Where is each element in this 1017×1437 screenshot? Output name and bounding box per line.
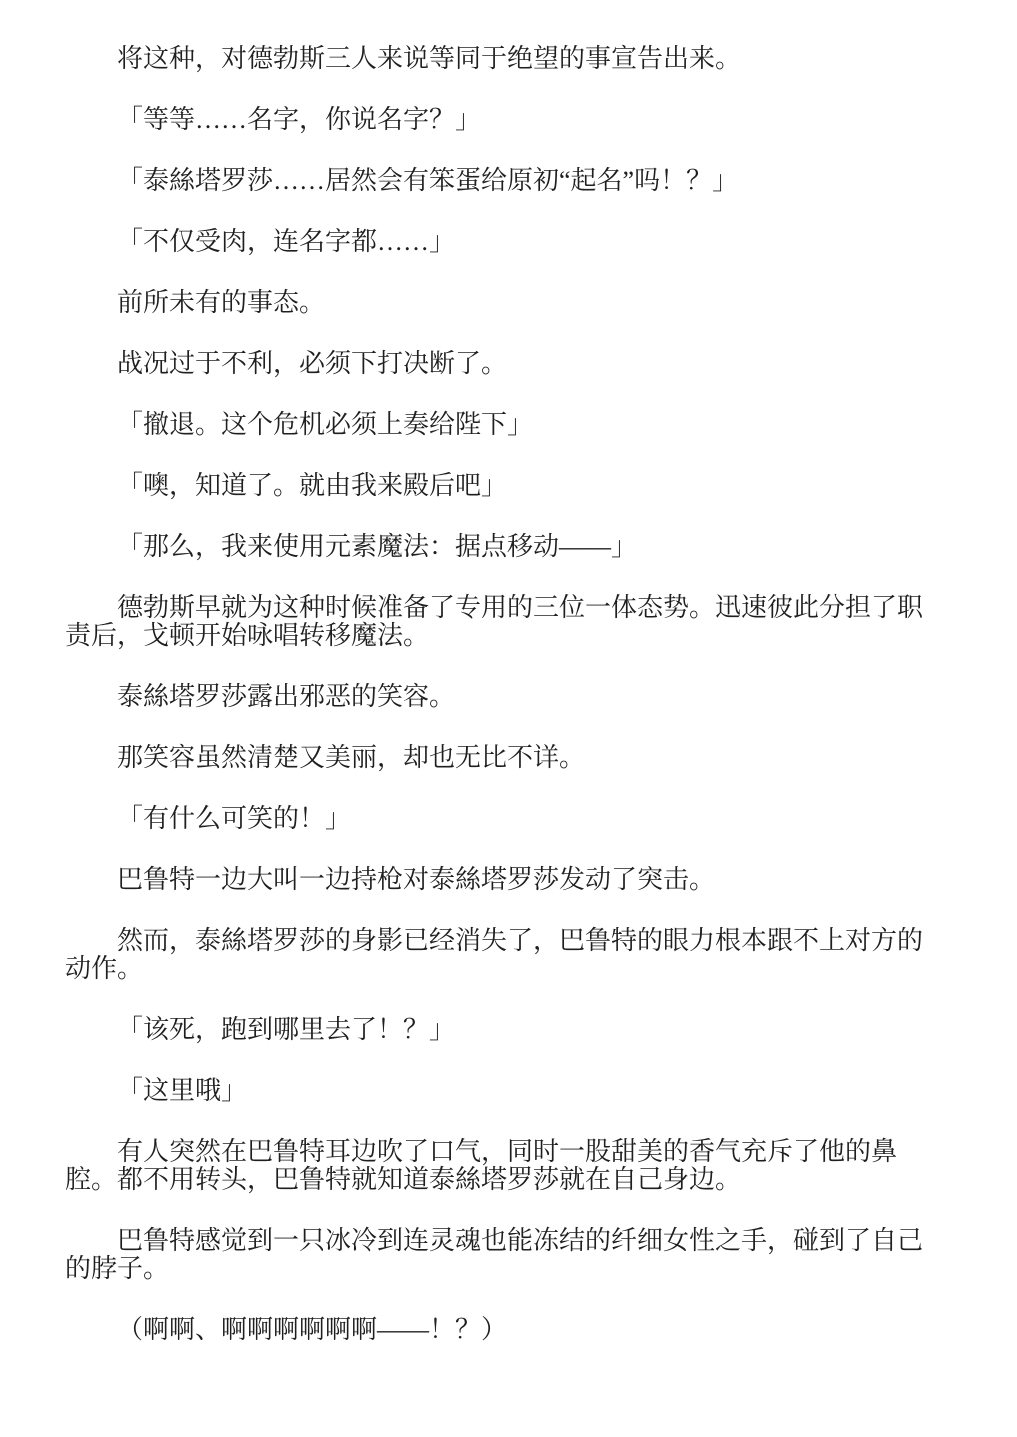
paragraph-narration: 将这种，对德勃斯三人来说等同于绝望的事宣告出来。 — [65, 45, 925, 73]
paragraph-narration: 那笑容虽然清楚又美丽，却也无比不详。 — [65, 744, 925, 772]
paragraph-narration: 有人突然在巴鲁特耳边吹了口气，同时一股甜美的香气充斥了他的鼻腔。都不用转头，巴鲁… — [65, 1138, 925, 1194]
paragraph-narration: 巴鲁特一边大叫一边持枪对泰絲塔罗莎发动了突击。 — [65, 866, 925, 894]
novel-page: 将这种，对德勃斯三人来说等同于绝望的事宣告出来。 「等等……名字，你说名字？」 … — [0, 0, 1017, 1437]
paragraph-narration: 前所未有的事态。 — [65, 289, 925, 317]
paragraph-dialogue: 「有什么可笑的！」 — [65, 805, 925, 833]
paragraph-dialogue: 「撤退。这个危机必须上奏给陛下」 — [65, 411, 925, 439]
paragraph-dialogue: 「泰絲塔罗莎……居然会有笨蛋给原初“起名”吗！？」 — [65, 167, 925, 195]
paragraph-dialogue: 「这里哦」 — [65, 1077, 925, 1105]
paragraph-narration: 巴鲁特感觉到一只冰冷到连灵魂也能冻结的纤细女性之手，碰到了自己的脖子。 — [65, 1227, 925, 1283]
paragraph-thought: （啊啊、啊啊啊啊啊啊——！？） — [65, 1316, 925, 1344]
paragraph-narration: 泰絲塔罗莎露出邪恶的笑容。 — [65, 683, 925, 711]
paragraph-dialogue: 「噢，知道了。就由我来殿后吧」 — [65, 472, 925, 500]
paragraph-dialogue: 「那么，我来使用元素魔法：据点移动——」 — [65, 533, 925, 561]
paragraph-narration: 战况过于不利，必须下打决断了。 — [65, 350, 925, 378]
paragraph-dialogue: 「等等……名字，你说名字？」 — [65, 106, 925, 134]
paragraph-dialogue: 「该死，跑到哪里去了！？」 — [65, 1016, 925, 1044]
paragraph-narration: 德勃斯早就为这种时候准备了专用的三位一体态势。迅速彼此分担了职责后，戈顿开始咏唱… — [65, 594, 925, 650]
paragraph-narration: 然而，泰絲塔罗莎的身影已经消失了，巴鲁特的眼力根本跟不上对方的动作。 — [65, 927, 925, 983]
paragraph-dialogue: 「不仅受肉，连名字都……」 — [65, 228, 925, 256]
